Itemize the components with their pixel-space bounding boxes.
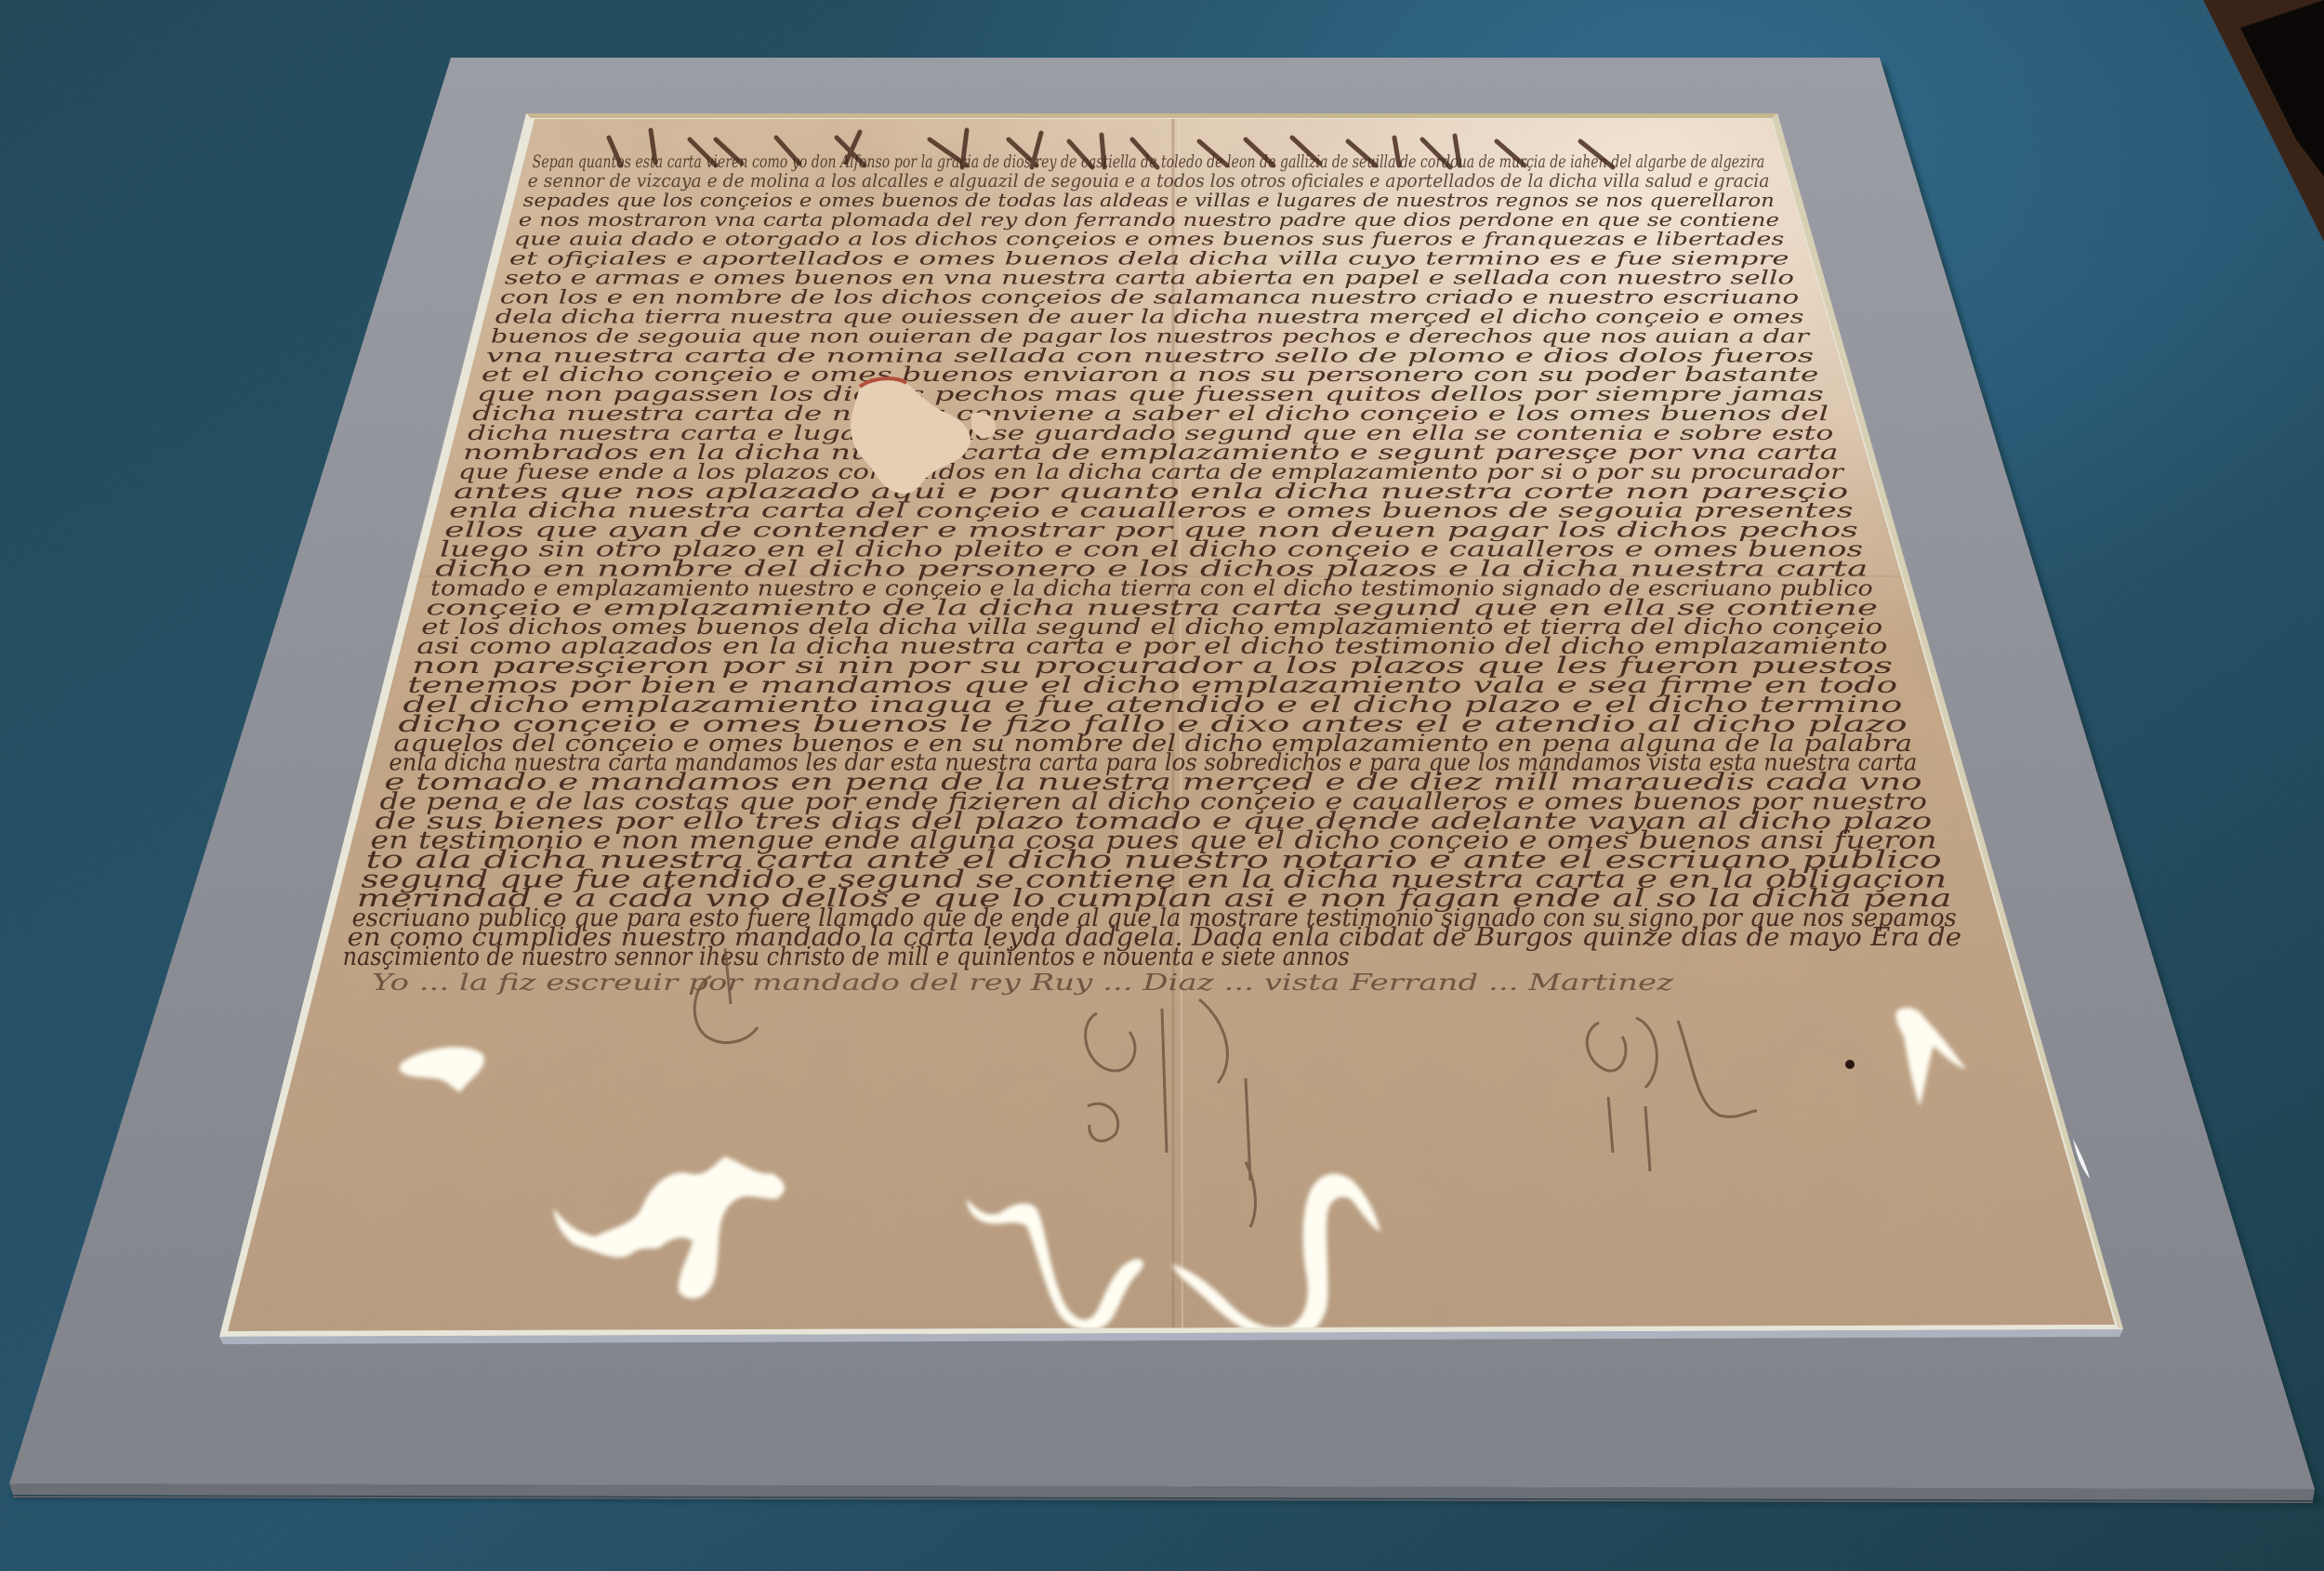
photo-scene: Sepan quantos esta carta vieren como yo … bbox=[0, 0, 2324, 1571]
subscription-line: Yo ... la fiz escreuir por mandado del r… bbox=[372, 970, 1673, 996]
manuscript-line: Sepan quantos esta carta vieren como yo … bbox=[533, 152, 1765, 172]
manuscript-line: e nos mostraron vna carta plomada del re… bbox=[519, 209, 1779, 231]
manuscript-text-block: Sepan quantos esta carta vieren como yo … bbox=[343, 152, 1961, 996]
manuscript-line: e sennor de vizcaya e de molina a los al… bbox=[528, 170, 1770, 191]
ink-dot bbox=[1845, 1060, 1855, 1069]
manuscript-line: nasçimiento de nuestro sennor ihesu chri… bbox=[343, 943, 1350, 971]
manuscript-line: sepades que los conçeios e omes buenos d… bbox=[523, 190, 1775, 211]
